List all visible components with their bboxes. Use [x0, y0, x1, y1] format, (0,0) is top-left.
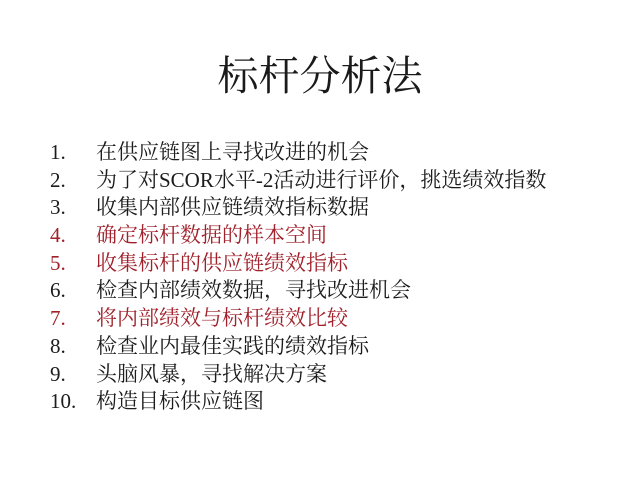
list-item: 9. 头脑风暴，寻找解决方案: [50, 361, 620, 389]
slide-title: 标杆分析法: [0, 51, 640, 102]
list-item-text: 将内部绩效与标杆绩效比较: [96, 305, 348, 333]
list-item-number: 7.: [50, 305, 96, 333]
list-item-number: 6.: [50, 277, 96, 305]
list-item: 1. 在供应链图上寻找改进的机会: [50, 139, 620, 167]
list-item-text: 检查业内最佳实践的绩效指标: [96, 333, 369, 361]
list-item-number: 9.: [50, 361, 96, 389]
list-item-text: 检查内部绩效数据，寻找改进机会: [96, 277, 411, 305]
list-item-number: 3.: [50, 194, 96, 222]
list-item-number: 1.: [50, 139, 96, 167]
list-item-number: 10.: [50, 388, 96, 416]
list-item: 10. 构造目标供应链图: [50, 388, 620, 416]
presentation-slide: 标杆分析法 1. 在供应链图上寻找改进的机会 2. 为了对SCOR水平-2活动进…: [0, 0, 640, 480]
list-item: 8. 检查业内最佳实践的绩效指标: [50, 333, 620, 361]
list-item-text: 收集标杆的供应链绩效指标: [96, 250, 348, 278]
list-item-text: 在供应链图上寻找改进的机会: [96, 139, 369, 167]
list-item-text: 头脑风暴，寻找解决方案: [96, 361, 327, 389]
list-item: 4. 确定标杆数据的样本空间: [50, 222, 620, 250]
list-item-number: 2.: [50, 167, 96, 195]
list-item-text: 构造目标供应链图: [96, 388, 264, 416]
list-item-text: 收集内部供应链绩效指标数据: [96, 194, 369, 222]
list-item-text: 为了对SCOR水平-2活动进行评价，挑选绩效指数: [96, 167, 546, 195]
list-item: 3. 收集内部供应链绩效指标数据: [50, 194, 620, 222]
list-item: 5. 收集标杆的供应链绩效指标: [50, 250, 620, 278]
list-item-number: 5.: [50, 250, 96, 278]
list-item: 6. 检查内部绩效数据，寻找改进机会: [50, 277, 620, 305]
list-item-number: 8.: [50, 333, 96, 361]
list-item-text: 确定标杆数据的样本空间: [96, 222, 327, 250]
list-item-number: 4.: [50, 222, 96, 250]
benchmarking-steps-list: 1. 在供应链图上寻找改进的机会 2. 为了对SCOR水平-2活动进行评价，挑选…: [50, 139, 620, 416]
list-item: 2. 为了对SCOR水平-2活动进行评价，挑选绩效指数: [50, 167, 620, 195]
list-item: 7. 将内部绩效与标杆绩效比较: [50, 305, 620, 333]
